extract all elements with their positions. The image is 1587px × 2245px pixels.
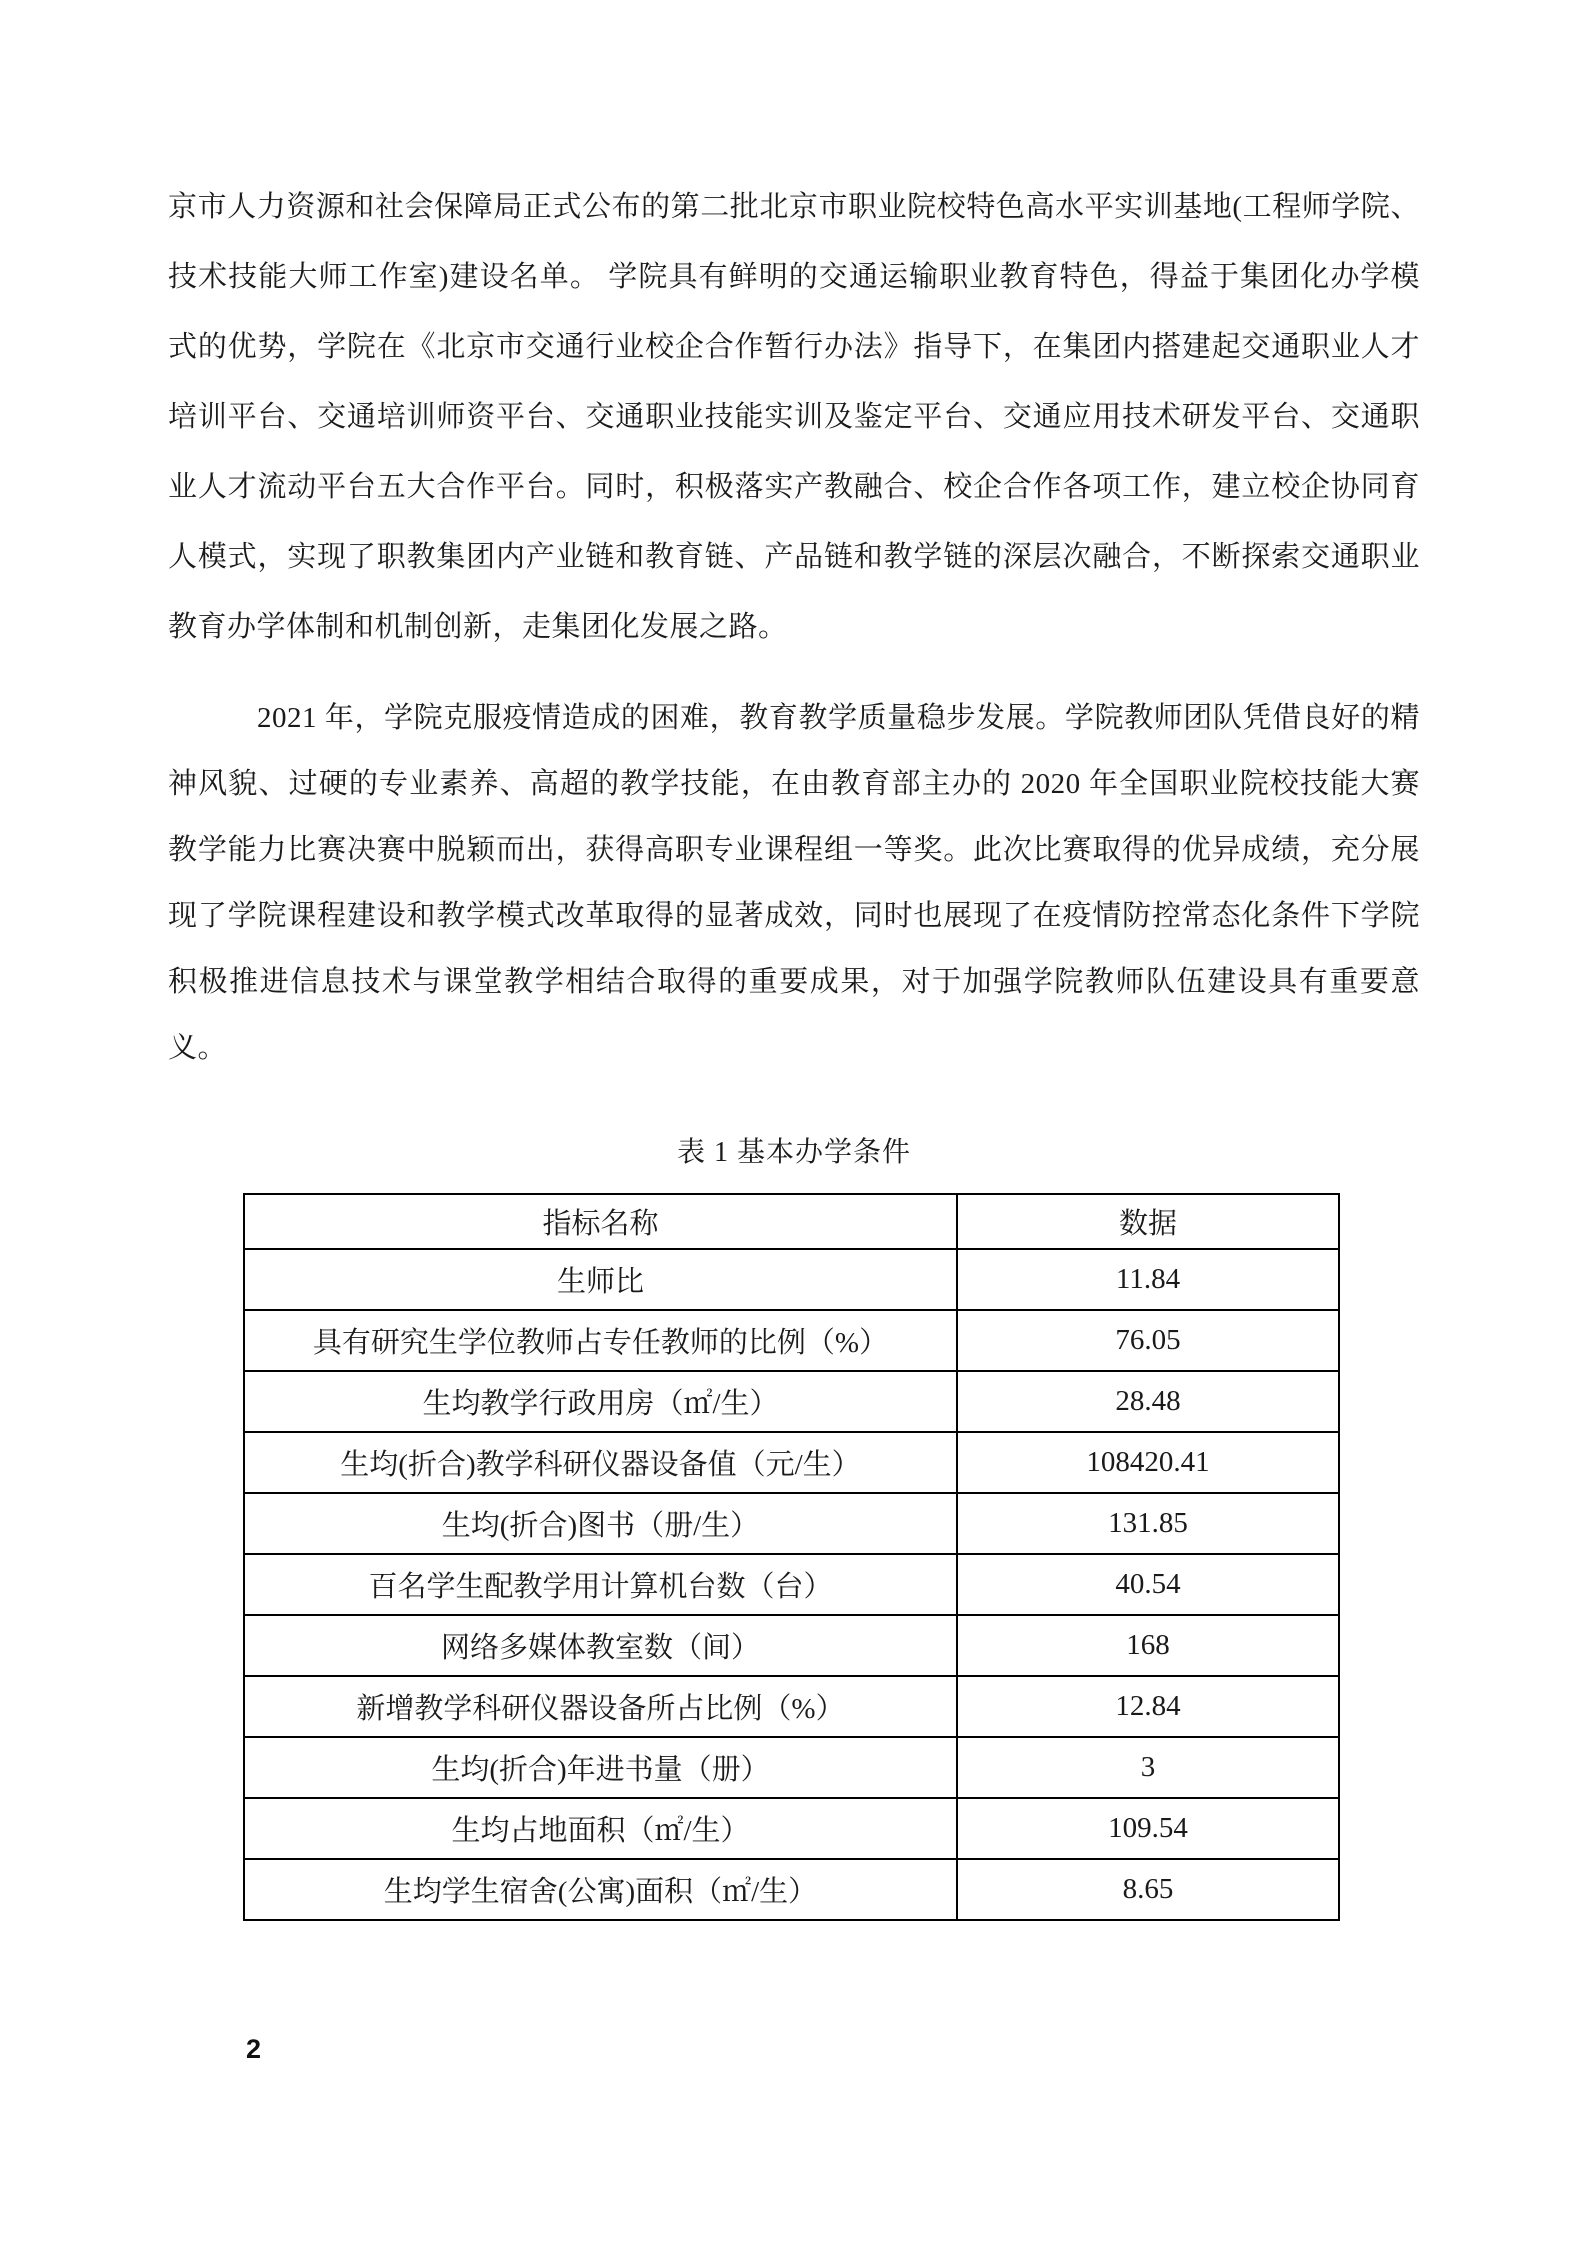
page-content: 京市人力资源和社会保障局正式公布的第二批北京市职业院校特色高水平实训基地(工程师… — [168, 0, 1420, 1921]
column-header-indicator-name: 指标名称 — [244, 1194, 957, 1249]
table-row: 网络多媒体教室数（间）168 — [244, 1615, 1339, 1676]
indicator-value-cell: 76.05 — [957, 1310, 1339, 1371]
table-row: 生均(折合)年进书量（册）3 — [244, 1737, 1339, 1798]
indicator-name-cell: 生均占地面积（㎡/生） — [244, 1798, 957, 1859]
indicator-value-cell: 108420.41 — [957, 1432, 1339, 1493]
indicator-name-cell: 生均(折合)教学科研仪器设备值（元/生） — [244, 1432, 957, 1493]
indicator-value-cell: 109.54 — [957, 1798, 1339, 1859]
indicator-name-cell: 生均(折合)年进书量（册） — [244, 1737, 957, 1798]
table-row: 生均占地面积（㎡/生）109.54 — [244, 1798, 1339, 1859]
column-header-value: 数据 — [957, 1194, 1339, 1249]
indicator-value-cell: 11.84 — [957, 1249, 1339, 1310]
table-row: 生均(折合)图书（册/生）131.85 — [244, 1493, 1339, 1554]
table-row: 百名学生配教学用计算机台数（台）40.54 — [244, 1554, 1339, 1615]
indicator-value-cell: 28.48 — [957, 1371, 1339, 1432]
indicator-name-cell: 具有研究生学位教师占专任教师的比例（%） — [244, 1310, 957, 1371]
table-row: 生均教学行政用房（㎡/生）28.48 — [244, 1371, 1339, 1432]
paragraph-1: 京市人力资源和社会保障局正式公布的第二批北京市职业院校特色高水平实训基地(工程师… — [168, 172, 1420, 662]
indicator-name-cell: 生均教学行政用房（㎡/生） — [244, 1371, 957, 1432]
table-row: 生均(折合)教学科研仪器设备值（元/生）108420.41 — [244, 1432, 1339, 1493]
indicator-value-cell: 3 — [957, 1737, 1339, 1798]
table-header-row: 指标名称 数据 — [244, 1194, 1339, 1249]
basic-conditions-table: 指标名称 数据 生师比11.84具有研究生学位教师占专任教师的比例（%）76.0… — [243, 1193, 1340, 1921]
indicator-name-cell: 生均学生宿舍(公寓)面积（㎡/生） — [244, 1859, 957, 1920]
indicator-name-cell: 生均(折合)图书（册/生） — [244, 1493, 957, 1554]
table-caption: 表 1 基本办学条件 — [168, 1133, 1420, 1173]
table-row: 具有研究生学位教师占专任教师的比例（%）76.05 — [244, 1310, 1339, 1371]
indicator-value-cell: 40.54 — [957, 1554, 1339, 1615]
indicator-value-cell: 12.84 — [957, 1676, 1339, 1737]
indicator-value-cell: 168 — [957, 1615, 1339, 1676]
page-number: 2 — [246, 2034, 261, 2065]
document-page: 京市人力资源和社会保障局正式公布的第二批北京市职业院校特色高水平实训基地(工程师… — [0, 0, 1587, 2245]
indicator-name-cell: 网络多媒体教室数（间） — [244, 1615, 957, 1676]
table-row: 生师比11.84 — [244, 1249, 1339, 1310]
table-row: 生均学生宿舍(公寓)面积（㎡/生）8.65 — [244, 1859, 1339, 1920]
table-body: 生师比11.84具有研究生学位教师占专任教师的比例（%）76.05生均教学行政用… — [244, 1249, 1339, 1920]
indicator-name-cell: 百名学生配教学用计算机台数（台） — [244, 1554, 957, 1615]
indicator-value-cell: 131.85 — [957, 1493, 1339, 1554]
indicator-value-cell: 8.65 — [957, 1859, 1339, 1920]
table-row: 新增教学科研仪器设备所占比例（%）12.84 — [244, 1676, 1339, 1737]
indicator-name-cell: 生师比 — [244, 1249, 957, 1310]
paragraph-2: 2021 年，学院克服疫情造成的困难，教育教学质量稳步发展。学院教师团队凭借良好… — [168, 685, 1420, 1081]
indicator-name-cell: 新增教学科研仪器设备所占比例（%） — [244, 1676, 957, 1737]
